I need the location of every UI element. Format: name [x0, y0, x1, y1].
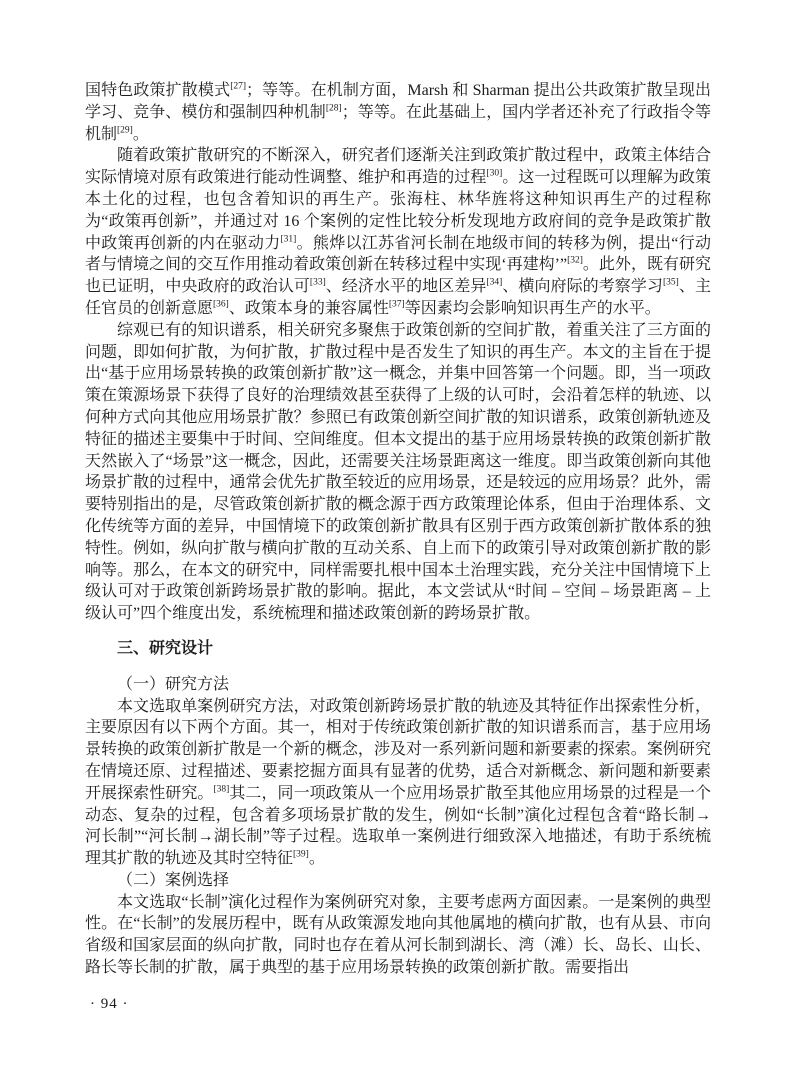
- text-run: 国特色政策扩散模式: [85, 82, 230, 99]
- paragraph: 随着政策扩散研究的不断深入，研究者们逐渐关注到政策扩散过程中，政策主体结合实际情…: [85, 145, 711, 319]
- sub-section-heading: （二）案例选择: [85, 870, 711, 892]
- citation-marker: [39]: [293, 850, 309, 860]
- paragraph: 本文选取“长制”演化过程作为案例研究对象，主要考虑两方面因素。一是案例的典型性。…: [85, 892, 711, 979]
- text-run: 、经济水平的地区差异: [326, 278, 487, 295]
- text-run: 。: [133, 126, 149, 143]
- article-body: 国特色政策扩散模式[27]；等等。在机制方面，Marsh 和 Sharman 提…: [85, 80, 711, 979]
- citation-marker: [30]: [486, 169, 502, 179]
- citation-marker: [33]: [310, 278, 326, 288]
- text-run: （二）案例选择: [117, 872, 229, 889]
- page-number: · 94 ·: [90, 996, 129, 1013]
- citation-marker: [38]: [213, 784, 229, 794]
- citation-marker: [32]: [567, 256, 583, 266]
- text-run: 等因素均会影响知识再生产的水平。: [405, 300, 661, 317]
- text-run: 、政策本身的兼容属性: [229, 300, 389, 317]
- citation-marker: [27]: [230, 82, 246, 92]
- paragraph: 综观已有的知识谱系，相关研究多聚焦于政策创新的空间扩散，着重关注了三方面的问题，…: [85, 320, 711, 625]
- paragraph: 国特色政策扩散模式[27]；等等。在机制方面，Marsh 和 Sharman 提…: [85, 80, 711, 145]
- text-run: （一）研究方法: [117, 676, 229, 693]
- citation-marker: [31]: [281, 234, 297, 244]
- citation-marker: [34]: [486, 278, 502, 288]
- text-run: 三、研究设计: [117, 640, 213, 657]
- citation-marker: [35]: [663, 278, 679, 288]
- citation-marker: [36]: [213, 300, 229, 310]
- section-heading: 三、研究设计: [85, 638, 711, 660]
- text-run: 综观已有的知识谱系，相关研究多聚焦于政策创新的空间扩散，着重关注了三方面的问题，…: [85, 322, 711, 622]
- citation-marker: [29]: [117, 125, 133, 135]
- citation-marker: [28]: [326, 103, 342, 113]
- sub-section-heading: （一）研究方法: [85, 674, 711, 696]
- text-run: 、横向府际的考察学习: [502, 278, 663, 295]
- citation-marker: [37]: [389, 300, 405, 310]
- paragraph: 本文选取单案例研究方法，对政策创新跨场景扩散的轨迹及其特征作出探索性分析，主要原…: [85, 696, 711, 870]
- text-run: 本文选取“长制”演化过程作为案例研究对象，主要考虑两方面因素。一是案例的典型性。…: [85, 894, 711, 976]
- text-run: 。: [309, 850, 325, 867]
